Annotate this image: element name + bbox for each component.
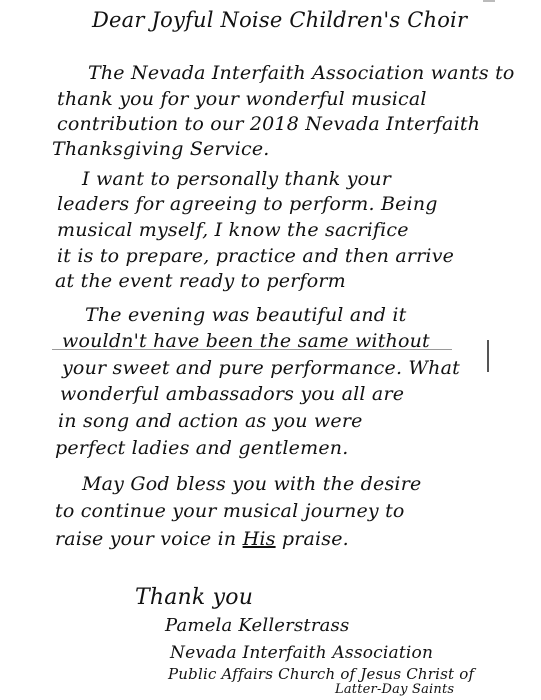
- signature-organization: Nevada Interfaith Association: [170, 643, 433, 663]
- signature-title-line-1: Public Affairs Church of Jesus Christ of: [168, 665, 474, 683]
- salutation: Dear Joyful Noise Children's Choir: [92, 8, 467, 32]
- paragraph-2-line-5: at the event ready to perform: [55, 270, 346, 292]
- paragraph-4-line-3: raise your voice in His praise.: [55, 528, 349, 550]
- paragraph-1-line-2: thank you for your wonderful musical: [57, 88, 427, 110]
- closing: Thank you: [135, 585, 253, 610]
- signature-title-line-2: Latter-Day Saints: [335, 682, 454, 697]
- paragraph-4-line-3-start: raise your voice in: [55, 528, 243, 550]
- vertical-pen-mark: [487, 340, 489, 372]
- paragraph-4-line-3-end: praise.: [276, 528, 349, 550]
- signature-name: Pamela Kellerstrass: [165, 615, 349, 636]
- paragraph-4-line-2: to continue your musical journey to: [55, 500, 405, 522]
- paragraph-3-line-3: your sweet and pure performance. What: [62, 357, 460, 379]
- paragraph-2-line-1: I want to personally thank your: [82, 168, 391, 190]
- paragraph-2-line-3: musical myself, I know the sacrifice: [57, 219, 409, 241]
- paragraph-3-line-5: in song and action as you were: [58, 410, 363, 432]
- paragraph-4-line-1: May God bless you with the desire: [82, 473, 421, 495]
- paragraph-3-line-1: The evening was beautiful and it: [85, 304, 407, 326]
- paragraph-1-line-4: Thanksgiving Service.: [52, 138, 270, 160]
- handwritten-letter: Dear Joyful Noise Children's Choir The N…: [0, 0, 541, 700]
- paragraph-1-line-1: The Nevada Interfaith Association wants …: [88, 62, 515, 84]
- underlined-his: His: [243, 528, 276, 550]
- paragraph-2-line-4: it is to prepare, practice and then arri…: [57, 245, 454, 267]
- paragraph-2-line-2: leaders for agreeing to perform. Being: [57, 193, 438, 215]
- paragraph-1-line-3: contribution to our 2018 Nevada Interfai…: [57, 113, 480, 135]
- paragraph-3-line-4: wonderful ambassadors you all are: [60, 383, 404, 405]
- ruled-line: [52, 349, 452, 350]
- paragraph-3-line-6: perfect ladies and gentlemen.: [55, 437, 348, 459]
- scan-artifact-mark: [483, 0, 495, 2]
